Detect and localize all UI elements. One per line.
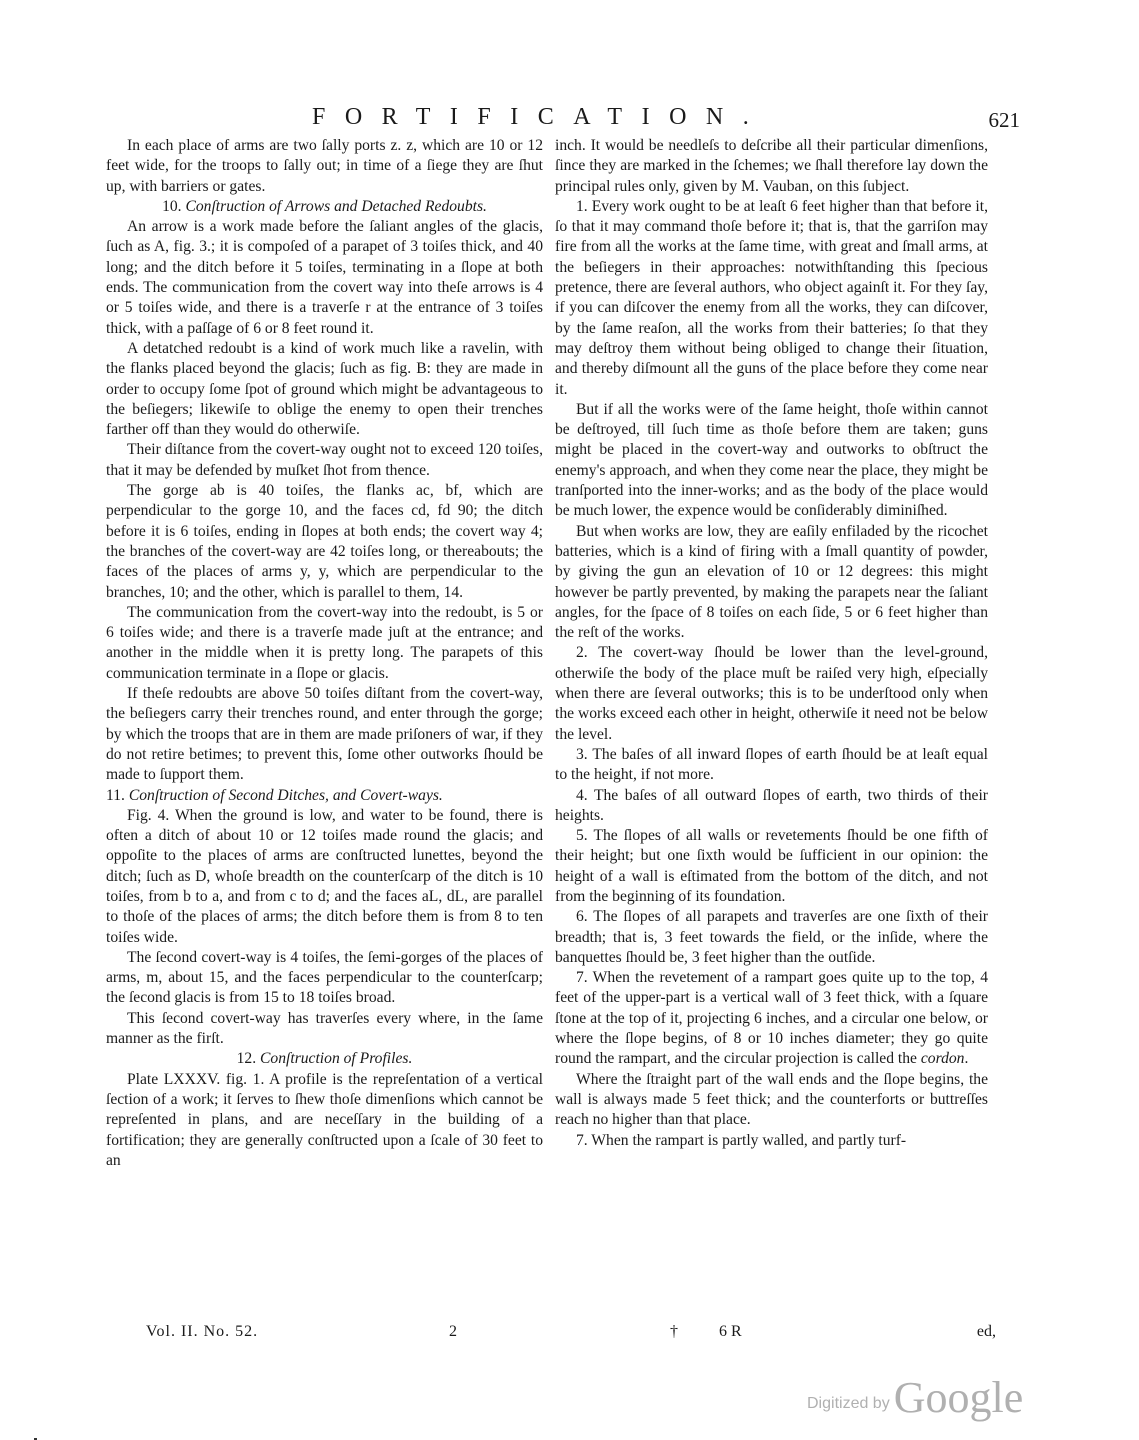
section-title: Conſtruction of Profiles. (260, 1050, 412, 1067)
paragraph: The gorge ab is 40 toiſes, the flanks ac… (106, 481, 543, 603)
paragraph: Fig. 4. When the ground is low, and wate… (106, 806, 543, 948)
paragraph: A detatched redoubt is a kind of work mu… (106, 339, 543, 440)
paragraph: 3. The baſes of all inward ſlopes of ear… (555, 745, 988, 786)
paragraph: 4. The baſes of all outward ſlopes of ea… (555, 786, 988, 827)
paragraph: Where the ſtraight part of the wall ends… (555, 1070, 988, 1131)
page-number: 621 (989, 108, 1021, 133)
running-head: FORTIFICATION. 621 (106, 104, 1006, 134)
digitized-watermark: Digitized by Google (807, 1372, 1023, 1423)
page-footer: Vol. II. No. 52. 2 † 6 R ed, (106, 1323, 996, 1345)
paragraph: But when works are low, they are eaſily … (555, 522, 988, 644)
paragraph: This ſecond covert-way has traverſes eve… (106, 1009, 543, 1050)
paragraph: But if all the works were of the ſame he… (555, 400, 988, 522)
paragraph: The communication from the covert-way in… (106, 603, 543, 684)
signature-mark: 6 R (719, 1323, 742, 1341)
section-heading: 11. Conſtruction of Second Ditches, and … (106, 786, 543, 806)
paragraph: Their diſtance from the covert-way ought… (106, 440, 543, 481)
section-title: Conſtruction of Second Ditches, and Cove… (129, 787, 443, 804)
watermark-brand: Google (894, 1373, 1024, 1422)
running-title: FORTIFICATION. (312, 104, 768, 131)
paragraph: The ſecond covert-way is 4 toiſes, the ſ… (106, 948, 543, 1009)
paragraph: 6. The ſlopes of all parapets and traver… (555, 907, 988, 968)
signature-number: 2 (449, 1323, 457, 1341)
volume-number: Vol. II. No. 52. (146, 1323, 258, 1341)
section-heading: 12. Conſtruction of Profiles. (106, 1049, 543, 1069)
paragraph: 7. When the revetement of a rampart goes… (555, 968, 988, 1069)
section-number: 12. (237, 1050, 257, 1067)
dagger-mark: † (670, 1323, 678, 1341)
section-number: 11. (106, 787, 125, 804)
paragraph-end: . (964, 1050, 968, 1067)
italic-term: cordon (921, 1050, 965, 1067)
paragraph: 7. When the rampart is partly walled, an… (555, 1131, 988, 1151)
paragraph: 1. Every work ought to be at leaſt 6 fee… (555, 197, 988, 400)
paragraph: 5. The ſlopes of all walls or revetement… (555, 826, 988, 907)
section-title: Conſtruction of Arrows and Detached Redo… (185, 198, 486, 215)
section-number: 10. (162, 198, 182, 215)
paragraph: Plate LXXXV. fig. 1. A profile is the re… (106, 1070, 543, 1171)
paragraph: inch. It would be needleſs to deſcribe a… (555, 136, 988, 197)
section-heading: 10. Conſtruction of Arrows and Detached … (106, 197, 543, 217)
right-column: inch. It would be needleſs to deſcribe a… (555, 136, 988, 1151)
watermark-prefix: Digitized by (807, 1395, 890, 1412)
left-column: In each place of arms are two ſally port… (106, 136, 543, 1171)
paragraph: If theſe redoubts are above 50 toiſes di… (106, 684, 543, 785)
paragraph: In each place of arms are two ſally port… (106, 136, 543, 197)
paragraph: 2. The covert-way ſhould be lower than t… (555, 643, 988, 744)
paragraph: An arrow is a work made before the ſalia… (106, 217, 543, 339)
catchword: ed, (977, 1323, 996, 1341)
